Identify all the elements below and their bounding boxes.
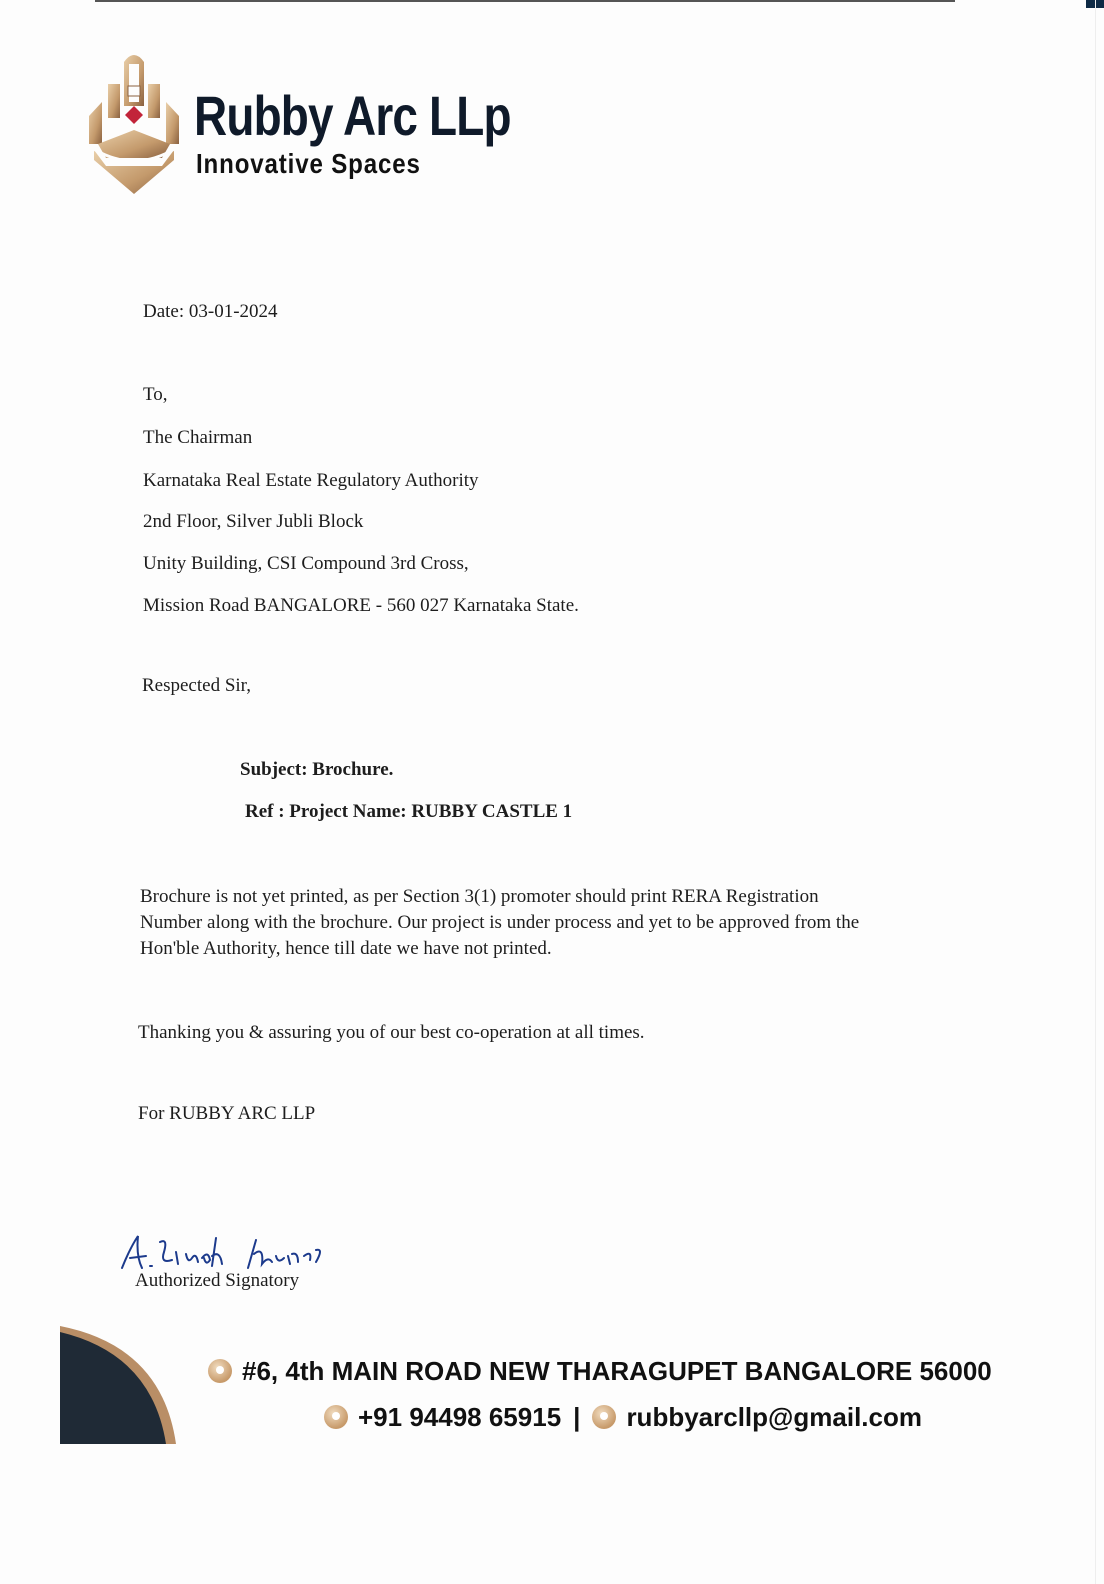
letter-body: Brochure is not yet printed, as per Sect… bbox=[140, 884, 980, 962]
building-logo-icon bbox=[84, 46, 184, 196]
recipient-line: Unity Building, CSI Compound 3rd Cross, bbox=[143, 553, 469, 575]
for-company: For RUBBY ARC LLP bbox=[138, 1103, 315, 1125]
recipient-line: 2nd Floor, Silver Jubli Block bbox=[143, 511, 363, 533]
greeting: Respected Sir, bbox=[142, 675, 251, 697]
signatory-label: Authorized Signatory bbox=[135, 1270, 299, 1292]
footer-email: rubbyarcllp@gmail.com bbox=[626, 1402, 922, 1432]
page-edge bbox=[1095, 0, 1096, 1584]
body-line: Hon'ble Authority, hence till date we ha… bbox=[140, 936, 980, 962]
footer-separator: | bbox=[573, 1402, 580, 1432]
closing-line: Thanking you & assuring you of our best … bbox=[138, 1022, 645, 1044]
phone-icon bbox=[324, 1405, 348, 1429]
company-tagline: Innovative Spaces bbox=[196, 148, 421, 180]
reference-line: Ref : Project Name: RUBBY CASTLE 1 bbox=[245, 801, 572, 823]
letter-date: Date: 03-01-2024 bbox=[143, 301, 278, 323]
email-icon bbox=[592, 1405, 616, 1429]
subject-line: Subject: Brochure. bbox=[240, 759, 393, 781]
footer-address: #6, 4th MAIN ROAD NEW THARAGUPET BANGALO… bbox=[208, 1356, 992, 1387]
recipient-line: The Chairman bbox=[143, 427, 252, 449]
decorative-arc bbox=[58, 1326, 178, 1444]
location-pin-icon bbox=[208, 1359, 232, 1383]
salutation-to: To, bbox=[143, 384, 168, 406]
top-border-line bbox=[95, 0, 955, 2]
footer-phone: +91 94498 65915 bbox=[358, 1402, 561, 1432]
recipient-line: Mission Road BANGALORE - 560 027 Karnata… bbox=[143, 595, 579, 617]
company-name: Rubby Arc LLp bbox=[194, 86, 511, 146]
recipient-line: Karnataka Real Estate Regulatory Authori… bbox=[143, 470, 479, 492]
body-line: Brochure is not yet printed, as per Sect… bbox=[140, 884, 980, 910]
footer-contacts: +91 94498 65915|rubbyarcllp@gmail.com bbox=[324, 1402, 922, 1433]
body-line: Number along with the brochure. Our proj… bbox=[140, 910, 980, 936]
